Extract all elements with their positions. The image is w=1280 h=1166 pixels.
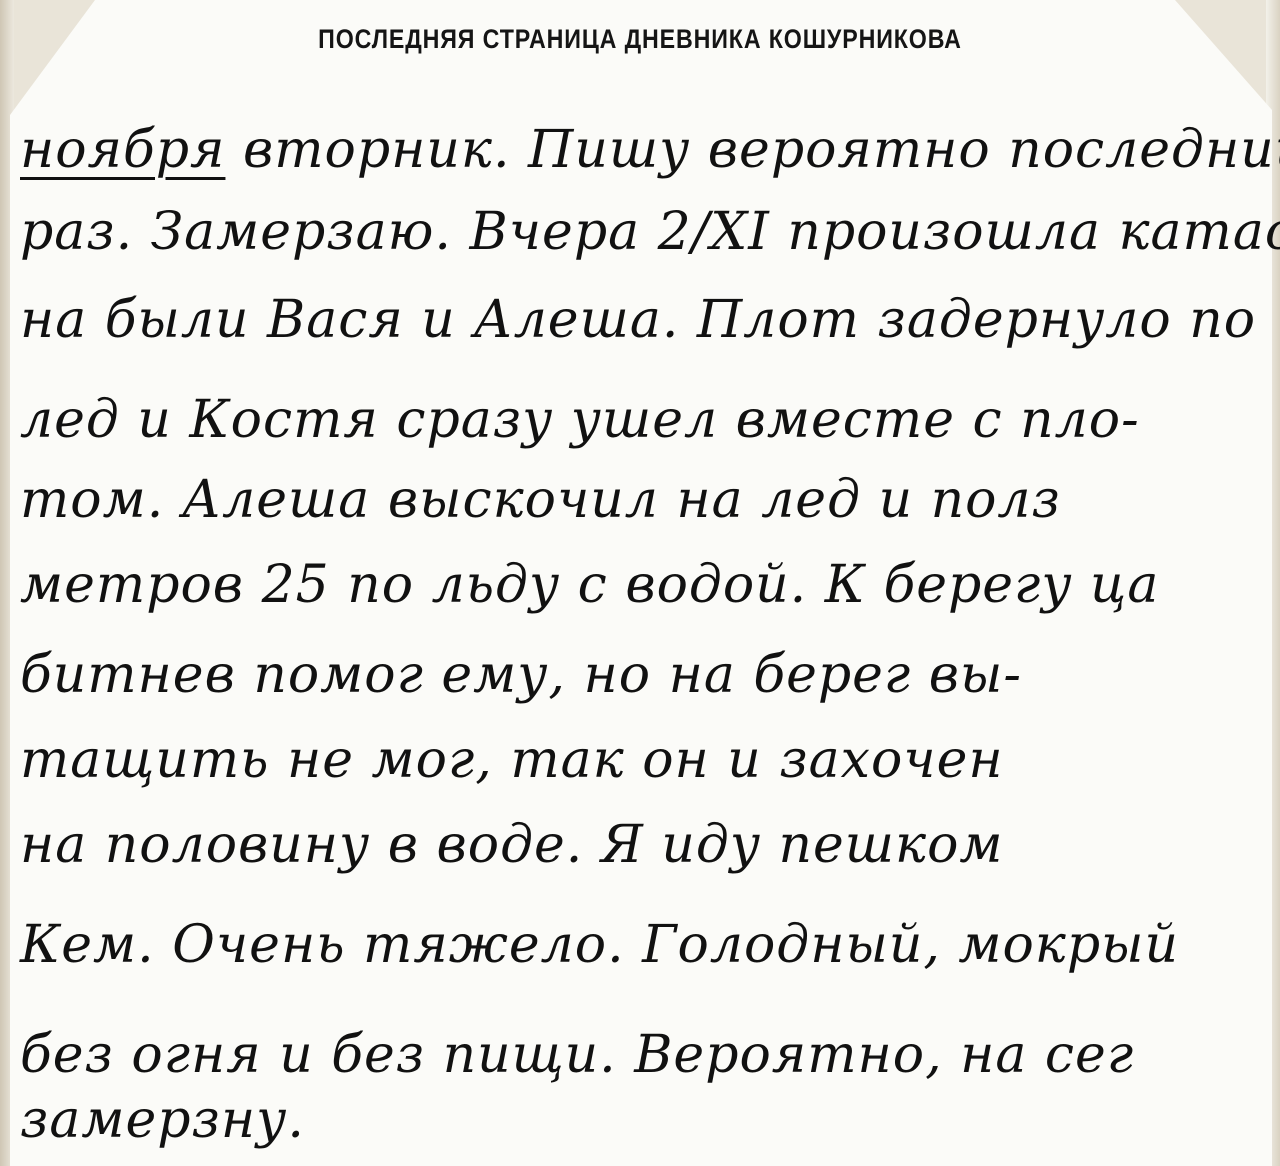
handwritten-line-4: лед и Костя сразу ушел вместе с пло- [20,390,1260,450]
handwritten-line-7: битнев помог ему, но на берег вы- [20,645,1260,705]
handwritten-line-10: Кем. Очень тяжело. Голодный, мокрый [20,915,1260,975]
handwritten-line-2: раз. Замерзаю. Вчера 2/XI произошла ката… [20,202,1260,262]
handwritten-line-12: замерзну. [20,1090,1260,1150]
handwritten-line-11: без огня и без пищи. Вероятно, на сег [20,1025,1260,1085]
handwritten-line-5: том. Алеша выскочил на лед и полз [20,470,1260,530]
page-heading: ПОСЛЕДНЯЯ СТРАНИЦА ДНЕВНИКА КОШУРНИКОВА [90,24,1191,55]
handwritten-line-1: ноября вторник. Пишу вероятно последний [20,120,1260,180]
underlined-word: ноября [20,120,225,180]
handwritten-line-3: на были Вася и Алеша. Плот задернуло по [20,290,1260,350]
line-1-rest: вторник. Пишу вероятно последний [225,120,1280,180]
handwritten-line-6: метров 25 по льду с водой. К берегу ца [20,555,1260,615]
handwritten-line-9: на половину в воде. Я иду пешком [20,815,1260,875]
handwritten-line-8: тащить не мог, так он и захочен [20,730,1260,790]
